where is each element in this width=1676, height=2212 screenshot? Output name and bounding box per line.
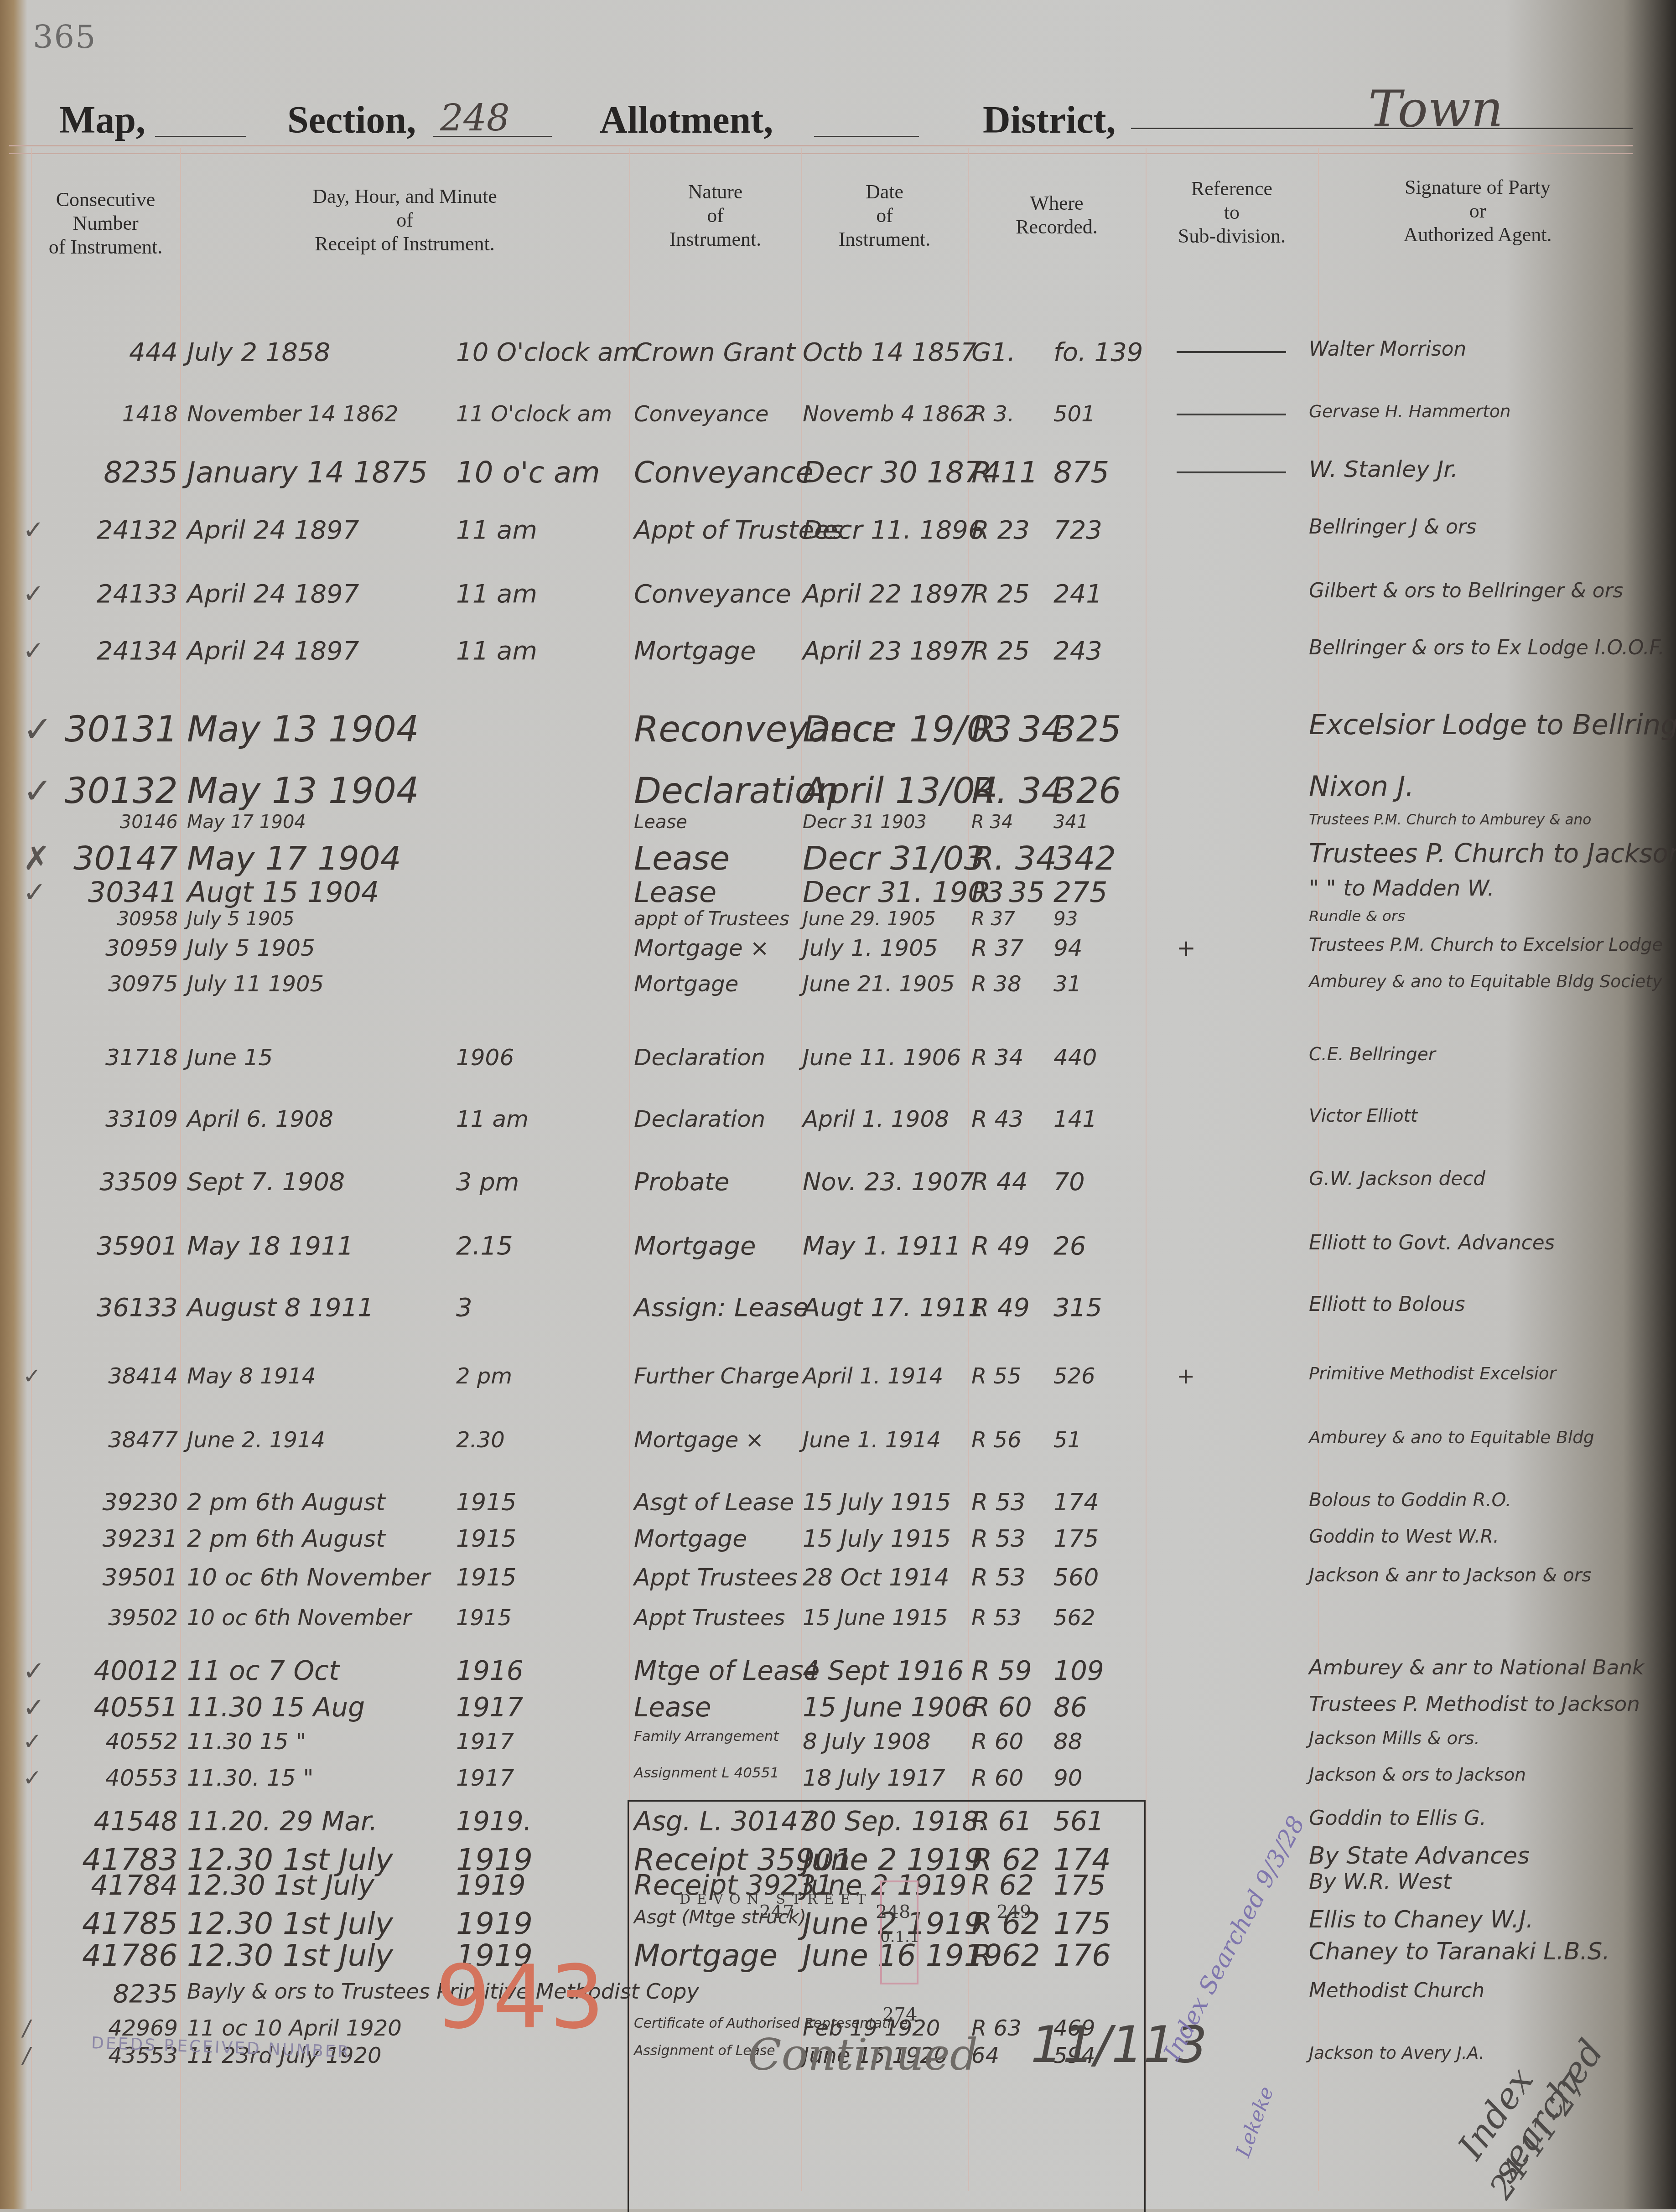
receipt-date: May 18 1911 [187,1231,353,1261]
receipt-date: 12.30 1st July [187,1906,393,1941]
instrument-date: 28 Oct 1914 [803,1564,949,1591]
instrument-date: June 11. 1906 [803,1044,961,1071]
district-label: District, [983,98,1116,142]
recorded-folio: 90 [1053,1765,1083,1791]
entry-number: 30147 [41,839,178,877]
recorded-volume: R 38 [971,971,1022,997]
table-row: ✓24134April 24 189711 amMortgageApril 23… [0,636,1624,671]
instrument-date: Nov. 23. 1907 [803,1167,974,1196]
receipt-date: April 24 1897 [187,579,359,609]
entry-number: 8235 [41,456,178,490]
recorded-folio: 241 [1053,579,1102,609]
recorded-folio: 109 [1053,1655,1104,1686]
receipt-time: 1915 [456,1564,516,1591]
receipt-time: 11 am [456,579,537,609]
recorded-folio: 875 [1053,456,1109,490]
recorded-folio: 243 [1053,636,1102,666]
recorded-folio: 342 [1053,839,1116,877]
district-value: Town [1368,80,1503,138]
recorded-folio: 174 [1053,1489,1099,1516]
receipt-date: Augt 15 1904 [187,875,379,909]
table-row: 3950110 oc 6th November1915Appt Trustees… [0,1564,1624,1597]
receipt-time: 1916 [456,1655,524,1686]
receipt-time: 1917 [456,1728,514,1755]
instrument-date: Novemb 4 1862 [803,401,978,427]
receipt-time: 1917 [456,1692,524,1723]
receipt-date: November 14 1862 [187,401,398,427]
table-row: ✓4055111.30 15 Aug1917Lease15 June 1906R… [0,1692,1624,1727]
party-signature: Jackson Mills & ors. [1309,1728,1480,1749]
recorded-volume: R 25 [971,636,1030,666]
instrument-date: April 13/04 [803,771,998,812]
instrument-date: April 22 1897 [803,579,975,609]
reference-mark: + [1177,1363,1195,1389]
entry-number: 30341 [41,875,178,909]
party-signature: By W.R. West [1309,1870,1451,1894]
party-signature: " " to Madden W. [1309,875,1494,901]
party-signature: Elliott to Bolous [1309,1293,1465,1316]
reference-dash [1177,414,1286,415]
party-signature: Jackson & ors to Jackson [1309,1765,1526,1785]
recorded-volume: G1. [971,337,1016,367]
instrument-nature: Mortgage [634,1231,756,1261]
receipt-date: Sept 7. 1908 [187,1167,345,1196]
entry-number: 41784 [41,1870,178,1901]
receipt-time: 1919. [456,1806,532,1837]
col-head-signature: Signature of Party or Authorized Agent. [1318,176,1637,247]
instrument-nature: Appt Trustees [634,1564,798,1591]
table-row: ✗30147May 17 1904LeaseDecr 31/03R. 34342… [0,839,1624,881]
party-signature: Bolous to Goddin R.O. [1309,1489,1511,1511]
receipt-date: June 2. 1914 [187,1427,325,1453]
receipt-date: January 14 1875 [187,456,428,490]
instrument-nature: Conveyance [634,456,814,490]
recorded-folio: 326 [1053,771,1121,812]
party-signature: Excelsior Lodge to Bellringer & ors [1309,709,1676,741]
red-ink-number: 943 [436,1947,607,2048]
recorded-folio: 86 [1053,1692,1087,1723]
receipt-date: 11.30 15 " [187,1728,306,1755]
instrument-date: April 1. 1914 [803,1363,943,1389]
recorded-volume: R 60 [971,1692,1032,1723]
receipt-time: 3 [456,1293,472,1322]
recorded-volume: R 60 [971,1765,1023,1791]
instrument-nature: Declaration [634,1044,765,1071]
party-signature: Trustees P.M. Church to Excelsior Lodge [1309,935,1663,955]
recorded-volume: R 55 [971,1363,1022,1389]
entry-number: 30132 [41,771,178,812]
receipt-date: 12.30 1st July [187,1938,393,1973]
instrument-date: Decr 31 1903 [803,812,927,833]
table-row: ✓38414May 8 19142 pmFurther ChargeApril … [0,1363,1624,1394]
receipt-date: 2 pm 6th August [187,1525,385,1553]
entry-number: 41786 [41,1938,178,1973]
recorded-folio: 560 [1053,1564,1099,1591]
instrument-nature: Asgt of Lease [634,1489,794,1516]
recorded-folio: 315 [1053,1293,1102,1322]
instrument-nature: Family Arrangement [634,1728,779,1745]
recorded-folio: 526 [1053,1363,1095,1389]
receipt-date: July 5 1905 [187,935,315,961]
table-row: 31718June 151906DeclarationJune 11. 1906… [0,1044,1624,1076]
receipt-time: 11 am [456,1106,529,1132]
receipt-date: May 13 1904 [187,771,419,812]
table-row: ✓4001211 oc 7 Oct1916Mtge of Lease4 Sept… [0,1655,1624,1691]
party-signature: Trustees P. Church to Jackson Thos [1309,839,1676,869]
receipt-time: 2 pm [456,1363,512,1389]
instrument-date: Octb 14 1857 [803,337,977,367]
map-lot-right: 249 [996,1901,1031,1922]
entry-number: 35901 [41,1231,178,1261]
recorded-volume: R. 34 [971,839,1057,877]
entry-number: 8235 [41,1979,178,2009]
instrument-nature: Lease [634,875,716,909]
check-mark-icon: ✓ [23,1363,41,1389]
instrument-nature: Mortgage [634,636,756,666]
instrument-date: 15 July 1915 [803,1525,951,1553]
receipt-date: 12.30 1st July [187,1870,374,1901]
entry-number: 38477 [41,1427,178,1453]
recorded-volume: R 44 [971,1167,1027,1196]
entry-number: 40552 [41,1728,178,1755]
instrument-nature: Mortgage × [634,1427,764,1453]
table-row: ✓24132April 24 189711 amAppt of Trustees… [0,515,1624,550]
party-signature: Amburey & ano to Equitable Bldg Society [1309,971,1662,991]
party-signature: Bellringer J & ors [1309,515,1476,539]
recorded-volume: R 43 [971,1106,1023,1132]
party-signature: Trustees P. Methodist to Jackson [1309,1692,1640,1716]
receipt-time: 2.15 [456,1231,513,1261]
table-row: ✓30131May 13 1904ReconveyanceDecr: 19/03… [0,709,1624,754]
table-row: 38477June 2. 19142.30Mortgage ×June 1. 1… [0,1427,1624,1458]
recorded-volume: R 37 [971,935,1023,961]
table-row: 30975July 11 1905MortgageJune 21. 1905R … [0,971,1624,1002]
receipt-date: 11 oc 7 Oct [187,1655,339,1686]
instrument-date: April 23 1897 [803,636,975,666]
party-signature: Goddin to West W.R. [1309,1525,1499,1547]
recorded-volume: R 49 [971,1293,1030,1322]
instrument-nature: Assign: Lease [634,1293,809,1322]
recorded-volume: R 34 [971,1044,1023,1071]
recorded-folio: 562 [1053,1605,1095,1631]
recorded-volume: R 34 [971,812,1013,833]
party-signature: By State Advances [1309,1842,1530,1870]
party-signature: Gervase H. Hammerton [1309,401,1511,421]
recorded-volume: R 37 [971,907,1015,930]
entry-number: 24133 [41,579,178,609]
party-signature: C.E. Bellringer [1309,1044,1436,1065]
recorded-volume: R 60 [971,1728,1023,1755]
entry-number: 30958 [41,907,178,930]
receipt-date: 11 oc 10 April 1920 [187,2015,402,2041]
entry-number: 30146 [41,812,178,833]
col-head-date: Date of Instrument. [801,180,968,251]
table-row: 30958July 5 1905appt of TrusteesJune 29.… [0,907,1624,936]
recorded-volume: R 25 [971,579,1030,609]
instrument-nature: Mortgage × [634,935,769,961]
entry-number: 1418 [41,401,178,427]
entry-number: 39502 [41,1605,178,1631]
map-lot-bottom: 274 [882,2004,917,2025]
instrument-date: July 1. 1905 [803,935,938,961]
party-signature: Elliott to Govt. Advances [1309,1231,1555,1254]
party-signature: W. Stanley Jr. [1309,456,1458,482]
instrument-date: June 21. 1905 [803,971,955,997]
reference-dash [1177,351,1286,353]
recorded-folio: 341 [1053,812,1088,833]
map-label: Map, [59,98,145,142]
receipt-date: 10 oc 6th November [187,1564,430,1591]
receipt-time: 1915 [456,1489,516,1516]
section-label: Section, [287,98,416,142]
recorded-volume: R. 34 [971,771,1064,812]
recorded-volume: R. 35 [971,875,1045,909]
map-area: 0.1.1 [880,1928,920,1946]
instrument-nature: Lease [634,1692,711,1723]
receipt-date: August 8 1911 [187,1293,374,1322]
instrument-nature: Conveyance [634,401,768,427]
instrument-date: April 1. 1908 [803,1106,949,1132]
instrument-date: Decr 11. 1896 [803,515,985,545]
recorded-volume: R. 34 [971,709,1064,750]
instrument-nature: Lease [634,839,730,877]
recorded-volume: R 53 [971,1525,1026,1553]
section-field [433,136,552,137]
check-mark-icon: ✓ [23,1765,42,1791]
receipt-time: 1915 [456,1605,512,1631]
instrument-nature: Lease [634,812,687,833]
recorded-folio: 26 [1053,1231,1086,1261]
check-mark-icon: ✓ [23,1728,42,1755]
reference-dash [1177,471,1286,473]
receipt-time: 1915 [456,1525,516,1553]
party-signature: Amburey & anr to National Bank [1309,1655,1644,1679]
receipt-time: 11 am [456,515,537,545]
receipt-time: 2.30 [456,1427,505,1453]
instrument-nature: Probate [634,1167,730,1196]
table-row: ✓24133April 24 189711 amConveyanceApril … [0,579,1624,614]
table-row: 392302 pm 6th August1915Asgt of Lease15 … [0,1489,1624,1522]
reference-mark: + [1177,935,1196,961]
table-row: ✓30132May 13 1904DeclarationApril 13/04R… [0,771,1624,815]
recorded-folio: 175 [1053,1525,1099,1553]
recorded-folio: 141 [1053,1106,1097,1132]
col-head-recorded: Where Recorded. [968,192,1146,239]
receipt-time: 10 o'c am [456,456,600,490]
table-row: 33509Sept 7. 19083 pmProbateNov. 23. 190… [0,1167,1624,1201]
recorded-volume: R 53 [971,1564,1026,1591]
party-signature: Bellringer & ors to Ex Lodge I.O.O.F. [1309,636,1665,659]
instrument-date: 8 July 1908 [803,1728,931,1755]
receipt-date: 11.30 15 Aug [187,1692,365,1723]
recorded-folio: 94 [1053,935,1083,961]
entry-number: 30959 [41,935,178,961]
receipt-date: July 2 1858 [187,337,330,367]
entry-number: 40553 [41,1765,178,1791]
instrument-date: 4 Sept 1916 [803,1655,964,1686]
entry-number: 41548 [41,1806,178,1837]
entry-number: 24134 [41,636,178,666]
instrument-nature: Assignment L 40551 [634,1765,779,1781]
party-signature: Methodist Church [1309,1979,1484,2002]
instrument-nature: Further Charge [634,1363,799,1389]
receipt-date: May 17 1904 [187,839,401,877]
table-row: 3950210 oc 6th November1915Appt Trustees… [0,1605,1624,1636]
table-row: 36133August 8 19113Assign: LeaseAugt 17.… [0,1293,1624,1327]
recorded-volume: R 49 [971,1231,1030,1261]
register-page: 365 Map, Section, 248 Allotment, Distric… [0,0,1676,2209]
party-signature: Victor Elliott [1309,1106,1417,1126]
table-row: ✓4055311.30. 15 "1917Assignment L 405511… [0,1765,1624,1797]
entry-number: 33509 [41,1167,178,1196]
map-lot-left: 247 [759,1901,794,1922]
receipt-date: June 15 [187,1044,273,1071]
receipt-time: 1919 [456,1870,526,1901]
continued-label: Continued [748,2029,978,2080]
recorded-folio: 51 [1053,1427,1081,1453]
instrument-date: Decr 31/03 [803,839,985,877]
recorded-folio: 501 [1053,401,1095,427]
instrument-date: 15 July 1915 [803,1489,951,1516]
table-row: 444July 2 185810 O'clock amCrown GrantOc… [0,337,1624,372]
entry-number: 31718 [41,1044,178,1071]
receipt-date: May 13 1904 [187,709,419,750]
receipt-date: April 24 1897 [187,636,359,666]
table-row: 30146May 17 1904LeaseDecr 31 1903R 34341… [0,812,1624,839]
party-signature: Jackson & anr to Jackson & ors [1309,1564,1592,1586]
table-row: 8235January 14 187510 o'c amConveyanceDe… [0,456,1624,494]
party-signature: Amburey & ano to Equitable Bldg [1309,1427,1594,1447]
district-field [1131,128,1633,129]
page-number: 365 [33,18,97,56]
instrument-nature: Mtge of Lease [634,1655,820,1686]
instrument-date: 18 July 1917 [803,1765,945,1791]
receipt-date: April 6. 1908 [187,1106,333,1132]
entry-number: 40012 [41,1655,178,1686]
col-head-number: Consecutive Number of Instrument. [31,188,180,259]
recorded-volume: R 59 [971,1655,1032,1686]
receipt-date: July 5 1905 [187,907,295,930]
receipt-date: July 11 1905 [187,971,324,997]
receipt-time: 1906 [456,1044,514,1071]
recorded-volume: R 53 [971,1489,1026,1516]
recorded-folio: 723 [1053,515,1102,545]
receipt-time: 11 O'clock am [456,401,612,427]
receipt-time: 1919 [456,1906,533,1941]
col-head-nature: Nature of Instrument. [629,180,801,251]
table-row: 33109April 6. 190811 amDeclarationApril … [0,1106,1624,1138]
receipt-date: 2 pm 6th August [187,1489,385,1516]
entry-number: 33109 [41,1106,178,1132]
recorded-volume: R 23 [971,515,1030,545]
recorded-folio: 440 [1053,1044,1097,1071]
entry-number: 39231 [41,1525,178,1553]
recorded-folio: 31 [1053,971,1081,997]
instrument-date: 15 June 1915 [803,1605,948,1631]
table-row: 1418November 14 186211 O'clock amConveya… [0,401,1624,432]
party-signature: Rundle & ors [1309,907,1405,925]
instrument-date: June 29. 1905 [803,907,936,930]
party-signature: Jackson to Avery J.A. [1309,2043,1484,2063]
instrument-date: Augt 17. 1911 [803,1293,984,1322]
receipt-date: May 8 1914 [187,1363,316,1389]
instrument-date: 15 June 1906 [803,1692,978,1723]
party-signature: G.W. Jackson decd [1309,1167,1485,1190]
recorded-folio: 93 [1053,907,1078,930]
header-rule [9,145,1633,154]
recorded-volume: R 11 [971,456,1038,490]
entry-number: 30131 [41,709,178,750]
recorded-folio: fo. 139 [1053,337,1143,367]
recorded-folio: 275 [1053,875,1107,909]
party-signature: Walter Morrison [1309,337,1466,361]
entry-number: 444 [41,337,178,367]
allotment-field [814,136,919,137]
instrument-date: June 1. 1914 [803,1427,941,1453]
instrument-nature: Conveyance [634,579,791,609]
recorded-volume: R 53 [971,1605,1022,1631]
instrument-nature: Declaration [634,1106,765,1132]
instrument-nature: Mortgage [634,971,738,997]
recorded-folio: 88 [1053,1728,1083,1755]
entry-number: 40551 [41,1692,178,1723]
party-signature: Goddin to Ellis G. [1309,1806,1486,1830]
instrument-nature: appt of Trustees [634,907,789,930]
table-row: 392312 pm 6th August1915Mortgage15 July … [0,1525,1624,1558]
instrument-nature: Appt Trustees [634,1605,785,1631]
party-signature: Primitive Methodist Excelsior [1309,1363,1556,1383]
allotment-label: Allotment, [600,98,773,142]
map-field [155,136,246,137]
check-mark-icon: / [23,2043,30,2068]
entry-number: 38414 [41,1363,178,1389]
check-mark-icon: / [23,2015,30,2041]
instrument-nature: Crown Grant [634,337,795,367]
receipt-date: April 24 1897 [187,515,359,545]
receipt-time: 1917 [456,1765,514,1791]
table-row: 35901May 18 19112.15MortgageMay 1. 1911R… [0,1231,1624,1266]
section-value: 248 [440,97,510,139]
entry-number: 30975 [41,971,178,997]
party-signature: Gilbert & ors to Bellringer & ors [1309,579,1623,602]
recorded-volume: R 56 [971,1427,1022,1453]
recorded-folio: 70 [1053,1167,1085,1196]
receipt-time: 10 O'clock am [456,337,638,367]
index-searched-initials: Lekeke [1231,2083,1278,2160]
receipt-date: 11.30. 15 " [187,1765,313,1791]
instrument-nature: Mortgage [634,1525,747,1553]
receipt-time: 11 am [456,636,537,666]
map-lot-center: 248 [876,1901,910,1922]
instrument-date: May 1. 1911 [803,1231,961,1261]
recorded-volume: R 3. [971,401,1014,427]
party-signature: Ellis to Chaney W.J. [1309,1906,1533,1933]
receipt-date: 10 oc 6th November [187,1605,411,1631]
entry-number: 36133 [41,1293,178,1322]
party-signature: Chaney to Taranaki L.B.S. [1309,1938,1610,1965]
entry-number: 24132 [41,515,178,545]
table-row: ✓4055211.30 15 "1917Family Arrangement8 … [0,1728,1624,1760]
col-head-receipt: Day, Hour, and Minute of Receipt of Inst… [180,185,629,256]
receipt-date: May 17 1904 [187,812,306,833]
col-head-reference: Reference to Sub-division. [1146,177,1318,248]
table-row: 30959July 5 1905Mortgage ×July 1. 1905R … [0,935,1624,967]
entry-number: 39501 [41,1564,178,1591]
receipt-date: 11.20. 29 Mar. [187,1806,378,1837]
entry-number: 41785 [41,1906,178,1941]
party-signature: Trustees P.M. Church to Amburey & ano [1309,812,1591,828]
recorded-folio: 325 [1053,709,1121,750]
